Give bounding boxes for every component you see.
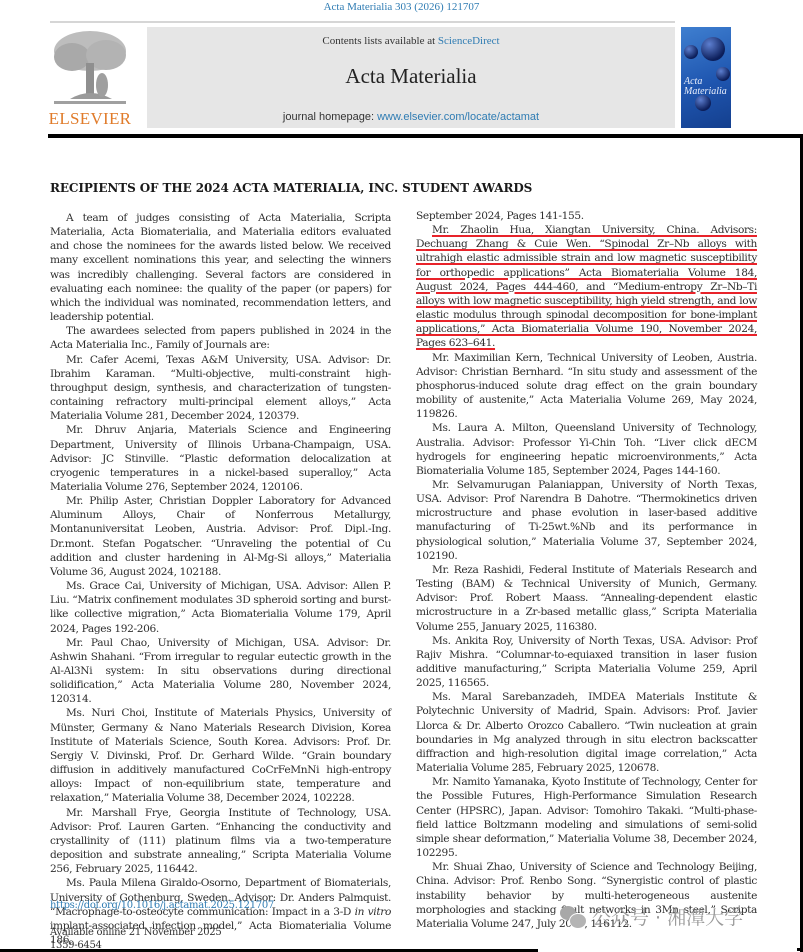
cover-sphere	[684, 45, 698, 59]
journal-title: Acta Materialia	[147, 64, 675, 89]
elsevier-tree-icon	[50, 27, 130, 107]
publication-info: Available online 21 November 2025 1359-6…	[50, 926, 221, 952]
wechat-icon	[560, 906, 586, 928]
issn: 1359-6454	[50, 939, 221, 952]
article-title: RECIPIENTS OF THE 2024 ACTA MATERIALIA, …	[50, 181, 532, 195]
journal-citation: Acta Materialia 303 (2026) 121707	[0, 0, 803, 14]
journal-cover-image: Acta Materialia	[681, 27, 731, 128]
entry-text: Ms. Paula Milena Giraldo-Osorno, Departm…	[50, 877, 391, 917]
elsevier-logo: ELSEVIER	[48, 27, 132, 129]
awardee-entry: Mr. Dhruv Anjaria, Materials Science and…	[50, 423, 391, 494]
awardee-entry: Ms. Ankita Roy, University of North Texa…	[416, 634, 757, 691]
page-bottom-border-right	[797, 948, 803, 951]
cover-sphere	[701, 37, 725, 61]
intro-paragraph: A team of judges consisting of Acta Mate…	[50, 211, 391, 324]
awardee-entry: Ms. Laura A. Milton, Queensland Universi…	[416, 421, 757, 478]
awardee-entry: Mr. Namito Yamanaka, Kyoto Institute of …	[416, 775, 757, 860]
awardee-entry: Ms. Maral Sarebanzadeh, IMDEA Materials …	[416, 690, 757, 775]
watermark-text: 公众号 · 湘潭大学	[592, 903, 743, 930]
highlighted-text: Mr. Zhaolin Hua, Xiangtan University, Ch…	[416, 224, 757, 349]
awardee-entry: Ms. Nuri Choi, Institute of Materials Ph…	[50, 706, 391, 805]
top-divider	[50, 21, 675, 23]
cover-title: Acta Materialia	[684, 77, 727, 97]
awardee-entry: Mr. Reza Rashidi, Federal Institute of M…	[416, 563, 757, 634]
homepage-prefix: journal homepage:	[283, 111, 377, 123]
header-divider	[48, 134, 803, 138]
journal-header: Contents lists available at ScienceDirec…	[147, 27, 675, 128]
intro-paragraph: The awardees selected from papers publis…	[50, 324, 391, 352]
awardee-entry: Mr. Selvamurugan Palaniappan, University…	[416, 478, 757, 563]
homepage-line: journal homepage: www.elsevier.com/locat…	[147, 111, 675, 123]
contents-line: Contents lists available at ScienceDirec…	[147, 35, 675, 47]
entry-text-italic: in vitro	[355, 906, 391, 918]
right-column: September 2024, Pages 141-155. Mr. Zhaol…	[416, 209, 757, 931]
wechat-watermark: 公众号 · 湘潭大学	[560, 903, 743, 930]
awardee-entry: Mr. Cafer Acemi, Texas A&M University, U…	[50, 353, 391, 424]
journal-homepage-link[interactable]: www.elsevier.com/locate/actamat	[377, 111, 539, 123]
awardee-entry: Ms. Grace Cai, University of Michigan, U…	[50, 579, 391, 636]
awardee-entry: Mr. Maximilian Kern, Technical Universit…	[416, 351, 757, 422]
sciencedirect-link[interactable]: ScienceDirect	[438, 35, 500, 47]
left-column: A team of judges consisting of Acta Mate…	[50, 211, 391, 947]
awardee-entry: Mr. Paul Chao, University of Michigan, U…	[50, 636, 391, 707]
awardee-entry: Mr. Marshall Frye, Georgia Institute of …	[50, 806, 391, 877]
cover-sphere	[695, 95, 711, 111]
available-online: Available online 21 November 2025	[50, 926, 221, 939]
cover-title-line: Materialia	[684, 87, 727, 97]
awardee-entry: Mr. Philip Aster, Christian Doppler Labo…	[50, 494, 391, 579]
publisher-name: ELSEVIER	[48, 109, 132, 129]
highlighted-awardee-entry: Mr. Zhaolin Hua, Xiangtan University, Ch…	[416, 223, 757, 350]
contents-prefix: Contents lists available at	[322, 35, 437, 47]
awardee-entry-continued: September 2024, Pages 141-155.	[416, 209, 757, 223]
doi-link[interactable]: https://doi.org/10.1016/j.actamat.2025.1…	[50, 900, 274, 911]
